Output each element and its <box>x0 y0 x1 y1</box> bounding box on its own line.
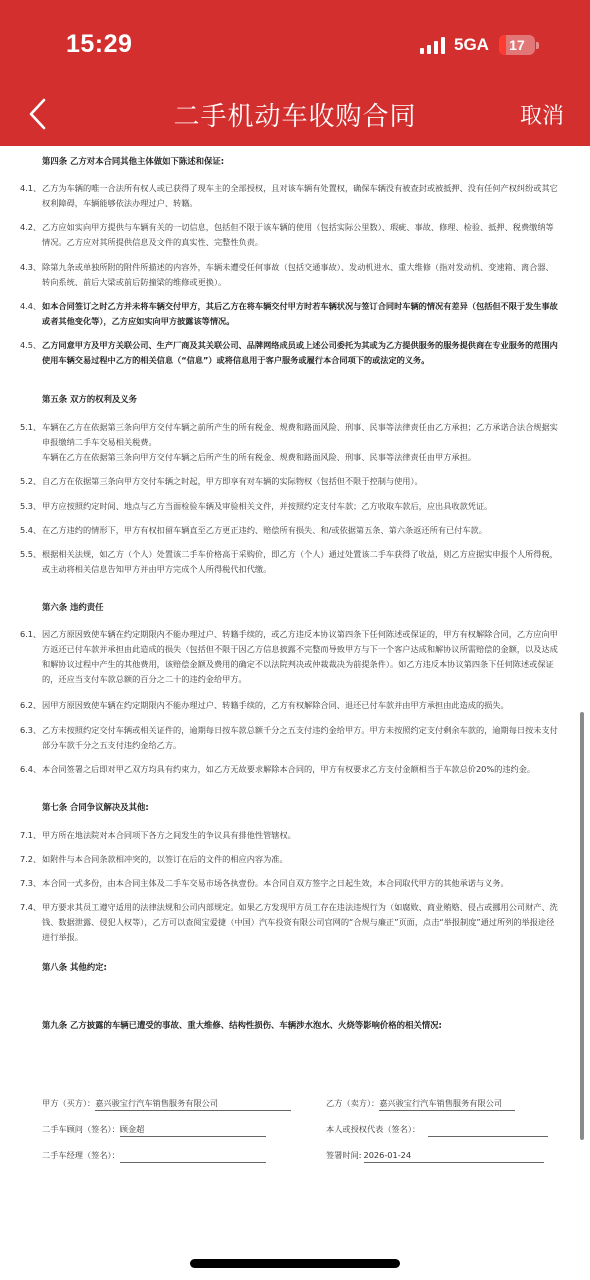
sign-date-field[interactable]: 2026-01-24 <box>364 1149 544 1163</box>
clause-5-4: 5.4、 在乙方违约的情形下，甲方有权扣留车辆直至乙方更正违约、赔偿所有损失、和… <box>20 523 560 538</box>
party-a-field[interactable]: 嘉兴骏宝行汽车销售服务有限公司 <box>95 1097 291 1111</box>
clause-4-1: 4.1、 乙方为车辆的唯一合法所有权人或已获得了现车主的全部授权，且对该车辆有处… <box>20 181 560 211</box>
sign-date-row: 签署时间: 2026-01-24 <box>326 1148 544 1163</box>
section-title: 第七条 合同争议解决及其他: <box>42 800 149 815</box>
battery-tip <box>536 42 539 49</box>
network-type: 5GA <box>454 35 489 55</box>
party-b-field[interactable]: 嘉兴骏宝行汽车销售服务有限公司 <box>379 1097 515 1111</box>
app-header: 15:29 5GA 17 二手机动车收购合同 取消 <box>0 0 590 146</box>
advisor-signature-field[interactable]: 顾金超 <box>120 1123 266 1137</box>
representative-signature-field[interactable] <box>428 1123 548 1137</box>
party-a-row: 甲方（买方）： 嘉兴骏宝行汽车销售服务有限公司 <box>42 1096 291 1111</box>
clause-4-5: 4.5、 乙方同意甲方及甲方关联公司、生产厂商及其关联公司、品牌网络成员或上述公… <box>20 338 560 368</box>
cancel-button[interactable]: 取消 <box>520 99 564 130</box>
section-title: 第九条 乙方披露的车辆已遭受的事故、重大维修、结构性损伤、车辆涉水泡水、火烧等影… <box>42 1018 442 1033</box>
representative-row: 本人或授权代表（签名）： <box>326 1122 548 1137</box>
clause-7-3: 7.3、 本合同一式多份，由本合同主体及二手车交易市场各执壹份。本合同自双方签字… <box>20 876 560 891</box>
manager-row: 二手车经理（签名）： <box>42 1148 266 1163</box>
battery-level: 17 <box>509 37 525 53</box>
clause-7-4: 7.4、 甲方要求其员工遵守适用的法律法规和公司内部规定。如果乙方发现甲方员工存… <box>20 900 560 945</box>
status-time: 15:29 <box>66 30 132 59</box>
clause-5-5: 5.5、 根据相关法规，如乙方（个人）处置该二手车价格高于采购价，即乙方（个人）… <box>20 547 560 577</box>
clause-7-1: 7.1、 甲方所在地法院对本合同项下各方之间发生的争议具有排他性管辖权。 <box>20 828 560 843</box>
clause-6-3: 6.3、 乙方未按照约定交付车辆或相关证件的，逾期每日按车款总额千分之五支付违约… <box>20 723 560 753</box>
battery-icon: 17 <box>499 35 535 55</box>
scrollbar[interactable] <box>580 712 584 1140</box>
clause-6-1: 6.1、 因乙方原因致使车辆在约定期限内不能办理过户、转籍手续的，或乙方违反本协… <box>20 627 560 687</box>
section-title: 第四条 乙方对本合同其他主体做如下陈述和保证: <box>42 154 224 169</box>
section-title: 第五条 双方的权利及义务 <box>42 392 137 407</box>
manager-signature-field[interactable] <box>120 1149 266 1163</box>
clause-6-4: 6.4、 本合同签署之后即对甲乙双方均具有约束力，如乙方无故要求解除本合同的，甲… <box>20 762 560 777</box>
section-title: 第六条 违约责任 <box>42 600 104 615</box>
page-title: 二手机动车收购合同 <box>0 96 590 133</box>
clause-4-3: 4.3、 除第九条或单独所附的附件所描述的内容外，车辆未遭受任何事故（包括交通事… <box>20 260 560 290</box>
signal-icon <box>420 36 445 54</box>
clause-4-4: 4.4、 如本合同签订之时乙方并未将车辆交付甲方，其后乙方在将车辆交付甲方时若车… <box>20 299 560 329</box>
clause-5-2: 5.2、 自乙方在依据第三条向甲方交付车辆之时起，甲方即享有对车辆的实际物权（包… <box>20 474 560 489</box>
advisor-row: 二手车顾问（签名）： 顾金超 <box>42 1122 266 1137</box>
contract-document[interactable]: 第四条 乙方对本合同其他主体做如下陈述和保证: 4.1、 乙方为车辆的唯一合法所… <box>0 146 590 1280</box>
clause-4-2: 4.2、 乙方应如实向甲方提供与车辆有关的一切信息，包括但不限于该车辆的使用（包… <box>20 220 560 250</box>
party-b-row: 乙方（卖方）： 嘉兴骏宝行汽车销售服务有限公司 <box>326 1096 515 1111</box>
clause-7-2: 7.2、 如附件与本合同条款相冲突的，以签订在后的文件的相应内容为准。 <box>20 852 560 867</box>
status-indicators: 5GA 17 <box>420 34 539 56</box>
home-indicator[interactable] <box>190 1259 400 1268</box>
clause-5-1: 5.1、 车辆在乙方在依据第三条向甲方交付车辆之前所产生的所有税金、规费和路面风… <box>20 420 560 465</box>
clause-6-2: 6.2、 因甲方原因致使车辆在约定期限内不能办理过户、转籍手续的，乙方有权解除合… <box>20 698 560 713</box>
clause-5-3: 5.3、 甲方应按照约定时间、地点与乙方当面检验车辆及审验相关文件，并按照约定支… <box>20 499 560 514</box>
section-title: 第八条 其他约定: <box>42 960 107 975</box>
